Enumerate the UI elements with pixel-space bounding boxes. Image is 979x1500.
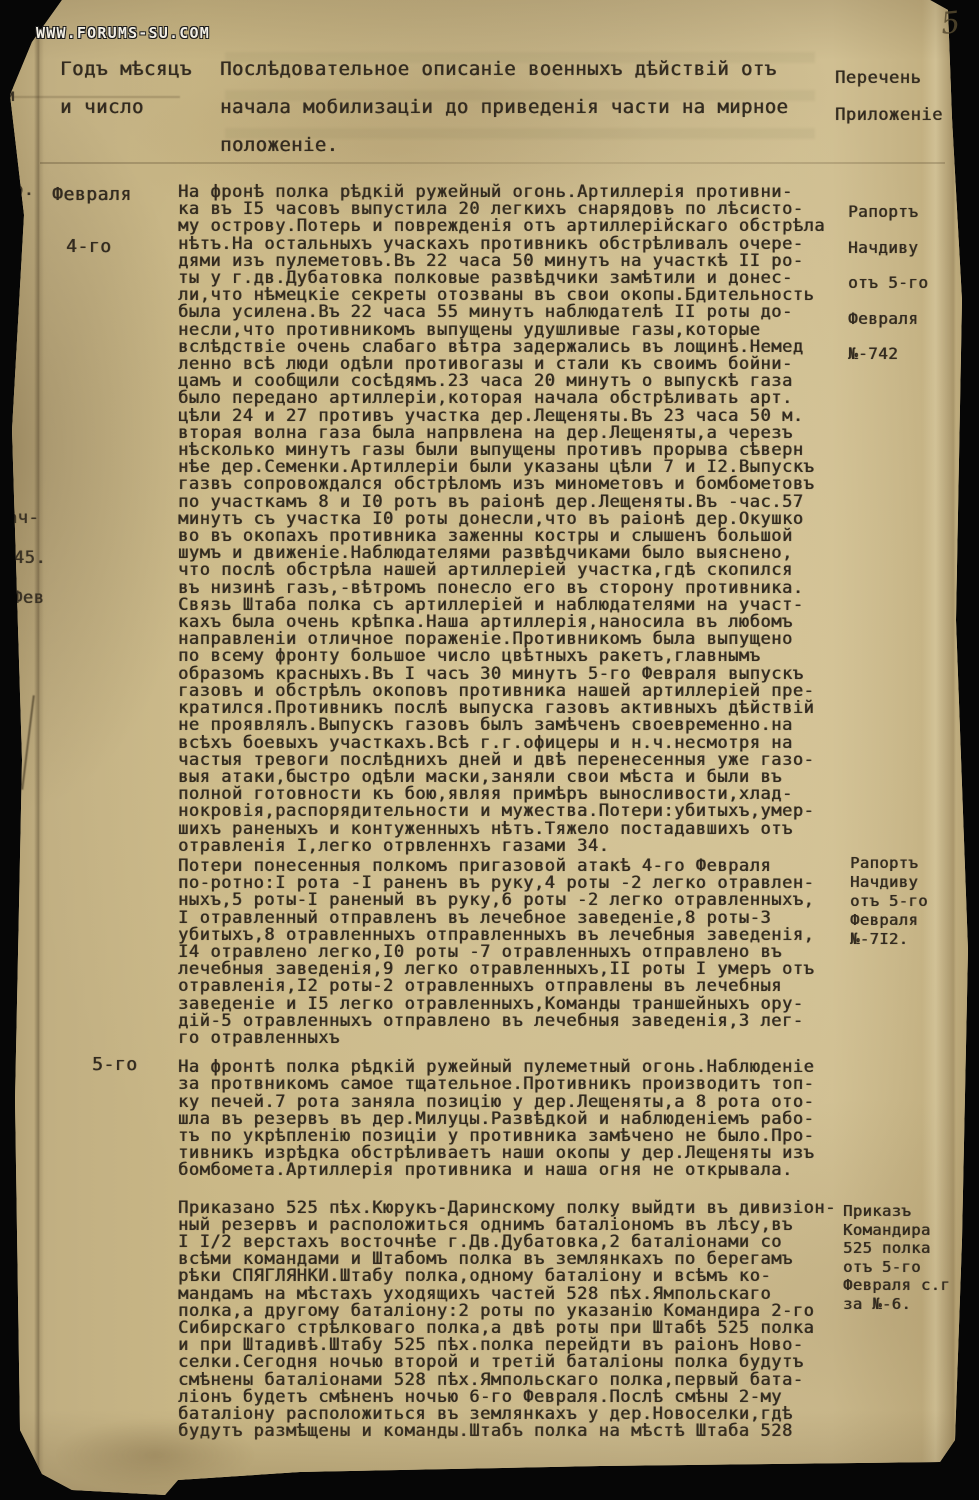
margin-note-report-712: Рапортъ Начдиву отъ 5-го Февраля №-7I2. [850, 854, 928, 949]
entry-date-day: 5-го [92, 1056, 138, 1073]
margin-note-report-742: Рапортъ Начдиву отъ 5-го Февраля №-742 [848, 194, 928, 372]
edge-fragment: 745. [3, 550, 46, 567]
edge-fragment: гр. [2, 182, 34, 199]
edge-fragment: Фев [12, 590, 44, 607]
header-date-column: Годъ мѣсяцъ и число [60, 50, 192, 126]
description-text-column: На фронѣ полка рѣдкій ружейный огонь.Арт… [178, 184, 888, 1440]
watermark: WWW.FORUMS-SU.COM [36, 24, 210, 42]
edge-fragment: ій [0, 88, 16, 105]
paper-sheet: Годъ мѣсяцъ и число Послѣдовательное опи… [0, 0, 979, 1500]
entry-paragraph: Потери понесенныя полкомъ пригазовой ата… [178, 858, 888, 1047]
page-number: 5 [939, 5, 962, 42]
entry-paragraph: На фронтѣ полка рѣдкій ружейный пулеметн… [178, 1059, 888, 1179]
margin-note-order-6: Приказъ Командира 525 полка отъ 5-го Фев… [843, 1202, 950, 1314]
edge-fragment: Нач- [0, 510, 39, 527]
thread-artifact [21, 695, 35, 790]
entry-date-day: 4-го [66, 238, 112, 255]
header-reference-column: Перечень Приложеніе [835, 60, 943, 134]
left-fold-crease [34, 0, 44, 1500]
scanned-page: Годъ мѣсяцъ и число Послѣдовательное опи… [0, 0, 979, 1500]
entry-paragraph: На фронѣ полка рѣдкій ружейный огонь.Арт… [178, 184, 888, 855]
entry-date-month: Февраля [52, 186, 132, 203]
header-description-column: Послѣдовательное описаніе военныхъ дѣйст… [220, 50, 788, 164]
entry-paragraph: Приказано 525 пѣх.Кюрукъ-Даринскому полк… [178, 1200, 888, 1441]
